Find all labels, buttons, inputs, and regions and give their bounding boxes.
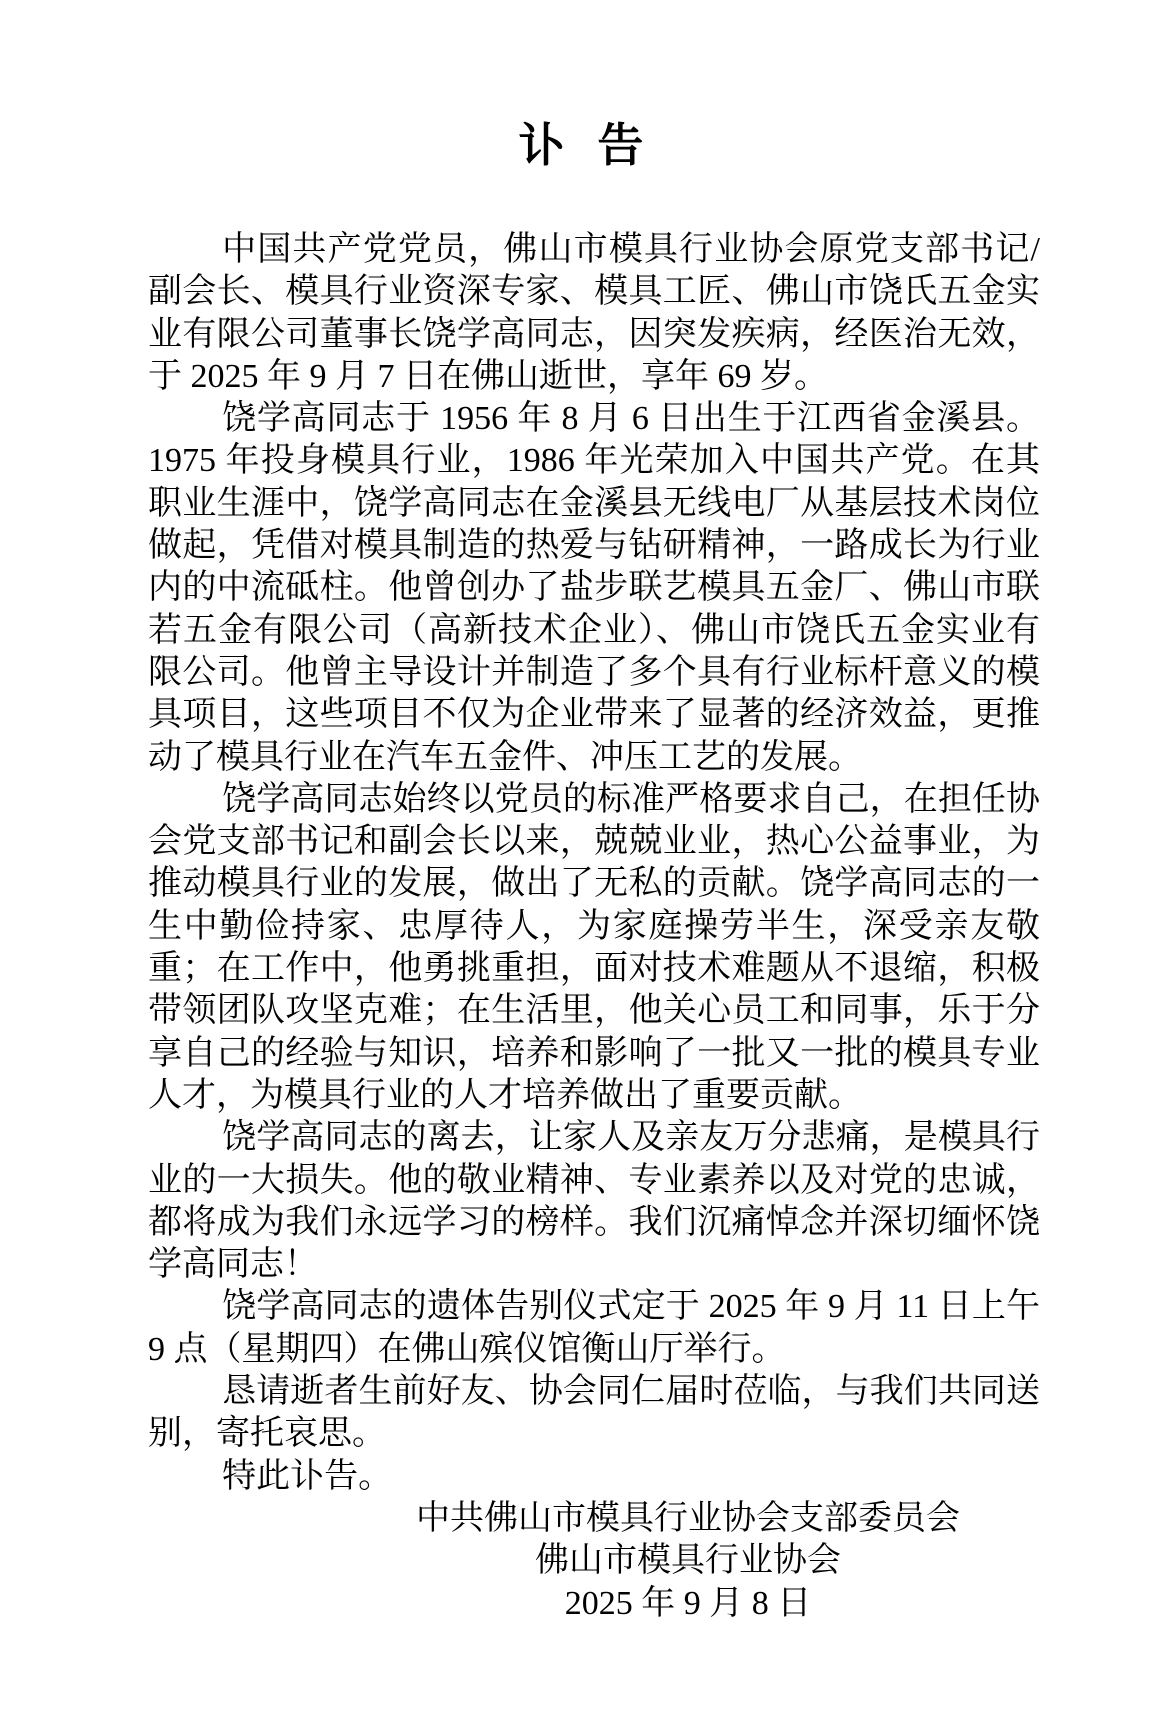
paragraph-invitation: 恳请逝者生前好友、协会同仁届时莅临，与我们共同送别，寄托哀思。 [148,1371,1040,1456]
signature-date: 2025 年 9 月 8 日 [336,1583,1040,1625]
paragraph-mourning: 饶学高同志的离去，让家人及亲友万分悲痛，是模具行业的一大损失。他的敬业精神、专业… [148,1117,1040,1286]
paragraph-character-tribute: 饶学高同志始终以党员的标准严格要求自己，在担任协会党支部书记和副会长以来，兢兢业… [148,779,1040,1117]
paragraph-biography: 饶学高同志于 1956 年 8 月 6 日出生于江西省金溪县。1975 年投身模… [148,398,1040,779]
signature-org-party-branch: 中共佛山市模具行业协会支部委员会 [336,1498,1040,1540]
document-title: 讣 告 [0,0,1164,174]
obituary-document: 讣 告 中国共产党党员，佛山市模具行业协会原党支部书记/副会长、模具行业资深专家… [0,0,1164,1728]
paragraph-funeral-arrangement: 饶学高同志的遗体告别仪式定于 2025 年 9 月 11 日上午 9 点（星期四… [148,1286,1040,1371]
signature-org-association: 佛山市模具行业协会 [336,1540,1040,1582]
paragraph-closing: 特此讣告。 [148,1456,1040,1498]
paragraph-death-announcement: 中国共产党党员，佛山市模具行业协会原党支部书记/副会长、模具行业资深专家、模具工… [148,229,1040,398]
document-body: 中国共产党党员，佛山市模具行业协会原党支部书记/副会长、模具行业资深专家、模具工… [148,229,1040,1498]
signature-block: 中共佛山市模具行业协会支部委员会 佛山市模具行业协会 2025 年 9 月 8 … [336,1498,1040,1625]
